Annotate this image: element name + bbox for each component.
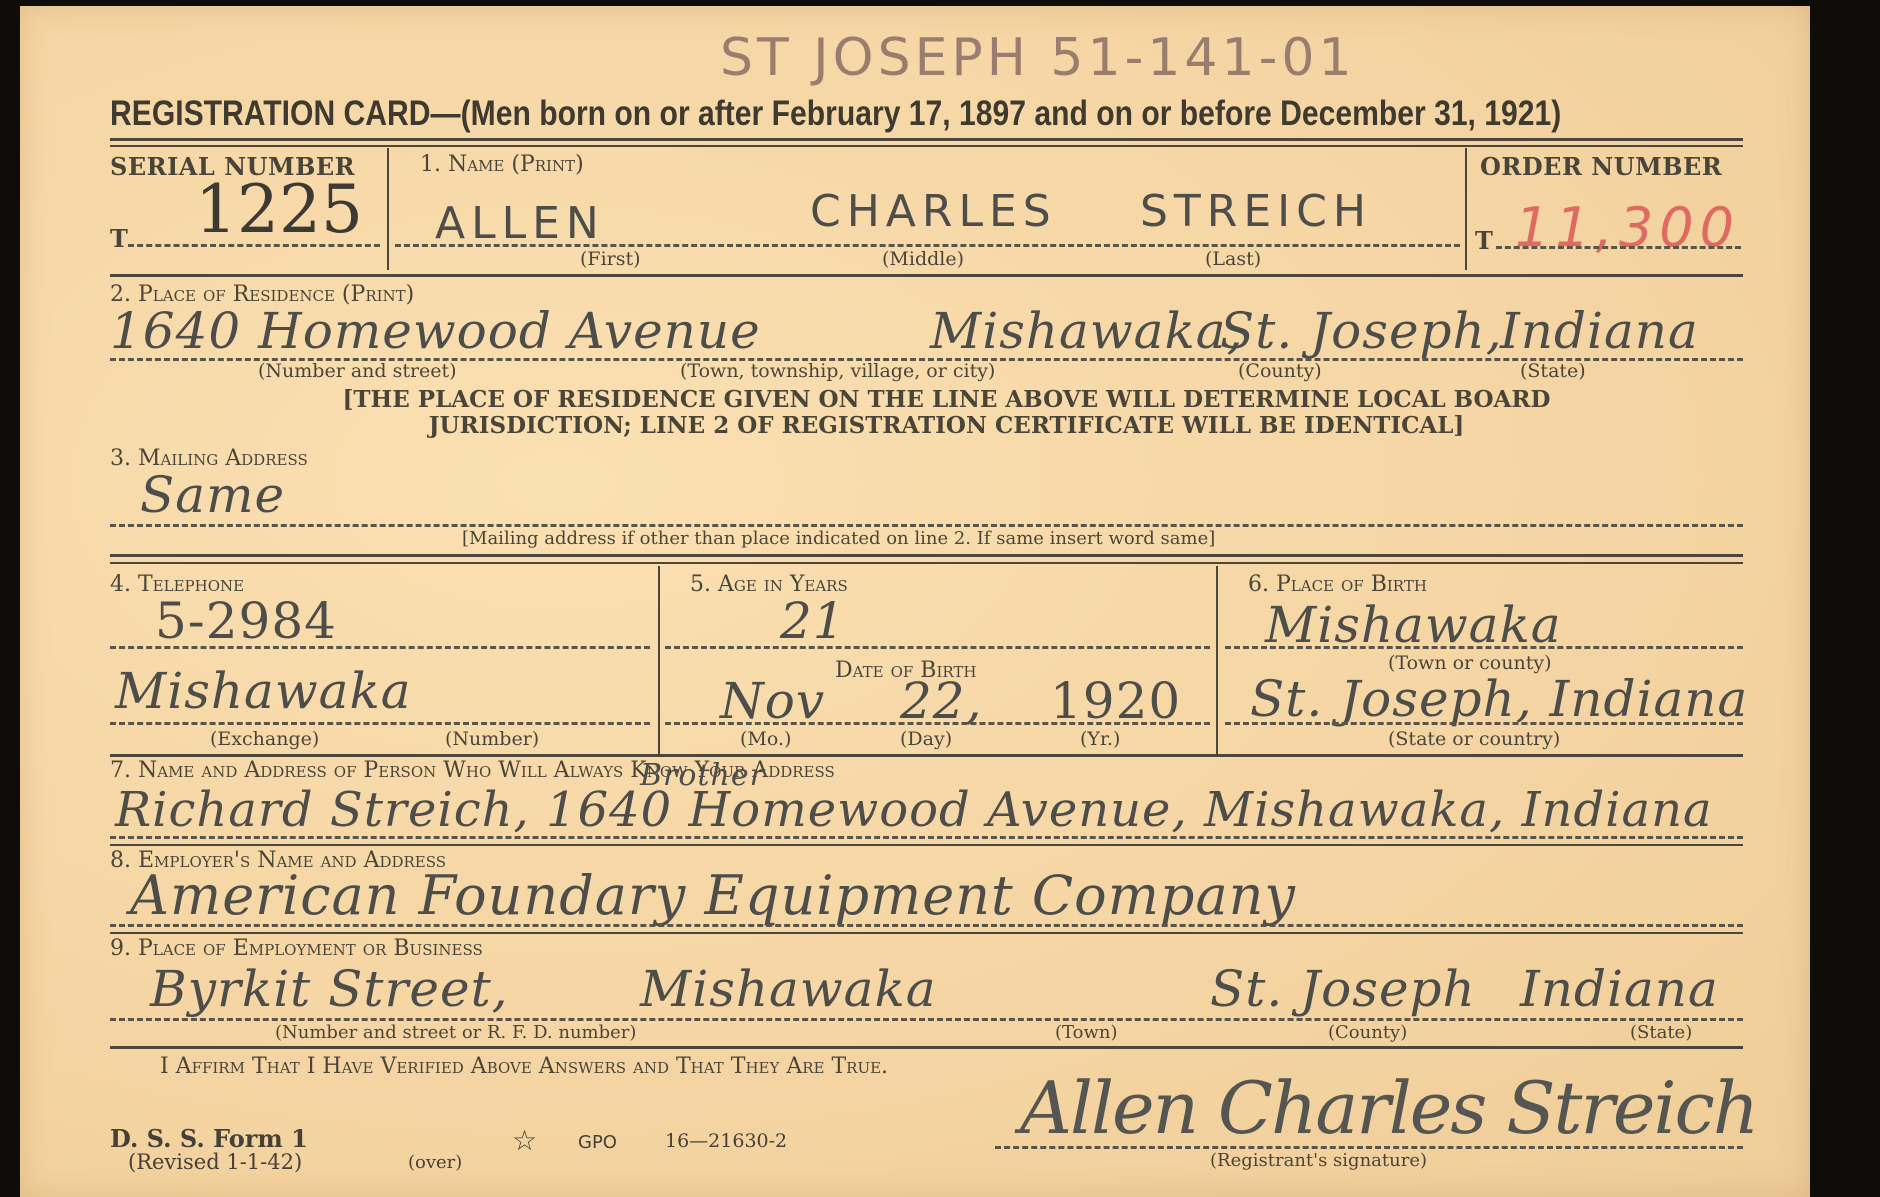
affirmation-text: I Affirm That I Have Verified Above Answ… bbox=[160, 1054, 888, 1079]
employer-value: American Foundary Equipment Company bbox=[130, 864, 1296, 927]
mailing-rule-2 bbox=[110, 562, 1743, 564]
employment-town: Mishawaka bbox=[640, 960, 937, 1018]
employment-label: 9. Place of Employment or Business bbox=[110, 936, 483, 961]
mailing-value: Same bbox=[140, 466, 285, 524]
order-label: ORDER NUMBER bbox=[1480, 152, 1722, 181]
row1-bottom-rule bbox=[110, 274, 1743, 277]
employment-street-caption: (Number and street or R. F. D. number) bbox=[275, 1022, 636, 1043]
residence-state: Indiana bbox=[1500, 302, 1699, 360]
name-first: ALLEN bbox=[435, 198, 605, 249]
contact-line bbox=[110, 836, 1743, 839]
top-rule-2 bbox=[110, 145, 1743, 147]
telephone-line-2 bbox=[110, 722, 650, 725]
telephone-exchange: Mishawaka bbox=[115, 662, 412, 720]
name-line bbox=[395, 244, 1460, 247]
employment-line bbox=[110, 1018, 1743, 1021]
residence-county-caption: (County) bbox=[1238, 360, 1322, 382]
birthplace-line-1 bbox=[1225, 646, 1743, 649]
county-stamp: ST JOSEPH 51-141-01 bbox=[720, 28, 1356, 88]
top-rule-1 bbox=[110, 138, 1743, 141]
employment-state: Indiana bbox=[1520, 960, 1719, 1018]
name-last: STREICH bbox=[1140, 186, 1372, 237]
star-icon: ☆ bbox=[512, 1124, 537, 1157]
mailing-rule-1 bbox=[110, 554, 1743, 557]
telephone-line-1 bbox=[110, 646, 650, 649]
serial-line bbox=[128, 244, 380, 247]
residence-county: St. Joseph, bbox=[1220, 302, 1503, 360]
birthplace-label: 6. Place of Birth bbox=[1248, 572, 1427, 597]
residence-town-caption: (Town, township, village, or city) bbox=[680, 360, 995, 382]
residence-street-caption: (Number and street) bbox=[258, 360, 457, 382]
residence-town: Mishawaka, bbox=[930, 302, 1243, 360]
employment-county: St. Joseph bbox=[1210, 960, 1476, 1018]
gpo-label: GPO bbox=[578, 1132, 617, 1153]
row7-bottom-rule bbox=[110, 844, 1743, 846]
registrant-signature: Allen Charles Streich bbox=[1020, 1066, 1757, 1150]
birthplace-state-caption: (State or country) bbox=[1388, 728, 1560, 750]
employment-street: Byrkit Street, bbox=[150, 960, 509, 1018]
order-number: 11,300 bbox=[1515, 196, 1740, 259]
form-over: (over) bbox=[408, 1152, 462, 1173]
exchange-caption: (Exchange) bbox=[210, 728, 319, 750]
telephone-number: 5-2984 bbox=[155, 592, 337, 650]
gpo-number: 16—21630-2 bbox=[665, 1130, 787, 1152]
dob-year-caption: (Yr.) bbox=[1080, 728, 1120, 750]
form-number: D. S. S. Form 1 bbox=[110, 1124, 308, 1153]
residence-notice-2: JURISDICTION; LINE 2 OF REGISTRATION CER… bbox=[130, 412, 1763, 439]
contact-value: Richard Streich, 1640 Homewood Avenue, M… bbox=[115, 782, 1713, 838]
serial-number: 1225 bbox=[195, 171, 363, 248]
order-line bbox=[1496, 246, 1741, 249]
serial-divider bbox=[387, 148, 389, 270]
signature-caption: (Registrant's signature) bbox=[1210, 1150, 1427, 1171]
serial-prefix: T bbox=[110, 224, 128, 253]
employer-line bbox=[110, 924, 1743, 927]
number-caption: (Number) bbox=[445, 728, 539, 750]
age-birth-divider bbox=[1216, 566, 1218, 756]
name-middle: CHARLES bbox=[810, 186, 1057, 237]
employment-county-caption: (County) bbox=[1328, 1022, 1407, 1043]
birthplace-line-2 bbox=[1225, 722, 1743, 725]
order-divider bbox=[1465, 148, 1467, 270]
employment-state-caption: (State) bbox=[1630, 1022, 1692, 1043]
name-last-caption: (Last) bbox=[1205, 248, 1261, 270]
name-first-caption: (First) bbox=[580, 248, 641, 270]
dob-month-caption: (Mo.) bbox=[740, 728, 791, 750]
registration-card: ST JOSEPH 51-141-01 REGISTRATION CARD—(M… bbox=[20, 6, 1810, 1197]
employment-town-caption: (Town) bbox=[1055, 1022, 1118, 1043]
age-value: 21 bbox=[780, 592, 846, 650]
dob-line bbox=[665, 722, 1210, 725]
row4-bottom-rule bbox=[110, 754, 1743, 757]
residence-state-caption: (State) bbox=[1520, 360, 1586, 382]
card-title: REGISTRATION CARD—(Men born on or after … bbox=[110, 94, 1561, 134]
row9-bottom-rule bbox=[110, 1046, 1743, 1049]
form-revised: (Revised 1-1-42) bbox=[128, 1150, 302, 1174]
residence-notice-1: [THE PLACE OF RESIDENCE GIVEN ON THE LIN… bbox=[130, 386, 1763, 413]
dob-day-caption: (Day) bbox=[900, 728, 952, 750]
signature-line bbox=[995, 1146, 1743, 1149]
age-line bbox=[665, 646, 1210, 649]
mailing-caption: [Mailing address if other than place ind… bbox=[462, 528, 1215, 549]
mailing-line bbox=[110, 524, 1743, 527]
phone-age-divider bbox=[658, 566, 660, 756]
name-middle-caption: (Middle) bbox=[882, 248, 964, 270]
row8-bottom-rule bbox=[110, 932, 1743, 934]
name-label: 1. Name (Print) bbox=[420, 152, 584, 177]
birthplace-state: St. Joseph, Indiana bbox=[1250, 670, 1748, 728]
residence-street: 1640 Homewood Avenue bbox=[110, 302, 761, 360]
order-prefix: T bbox=[1475, 226, 1493, 255]
